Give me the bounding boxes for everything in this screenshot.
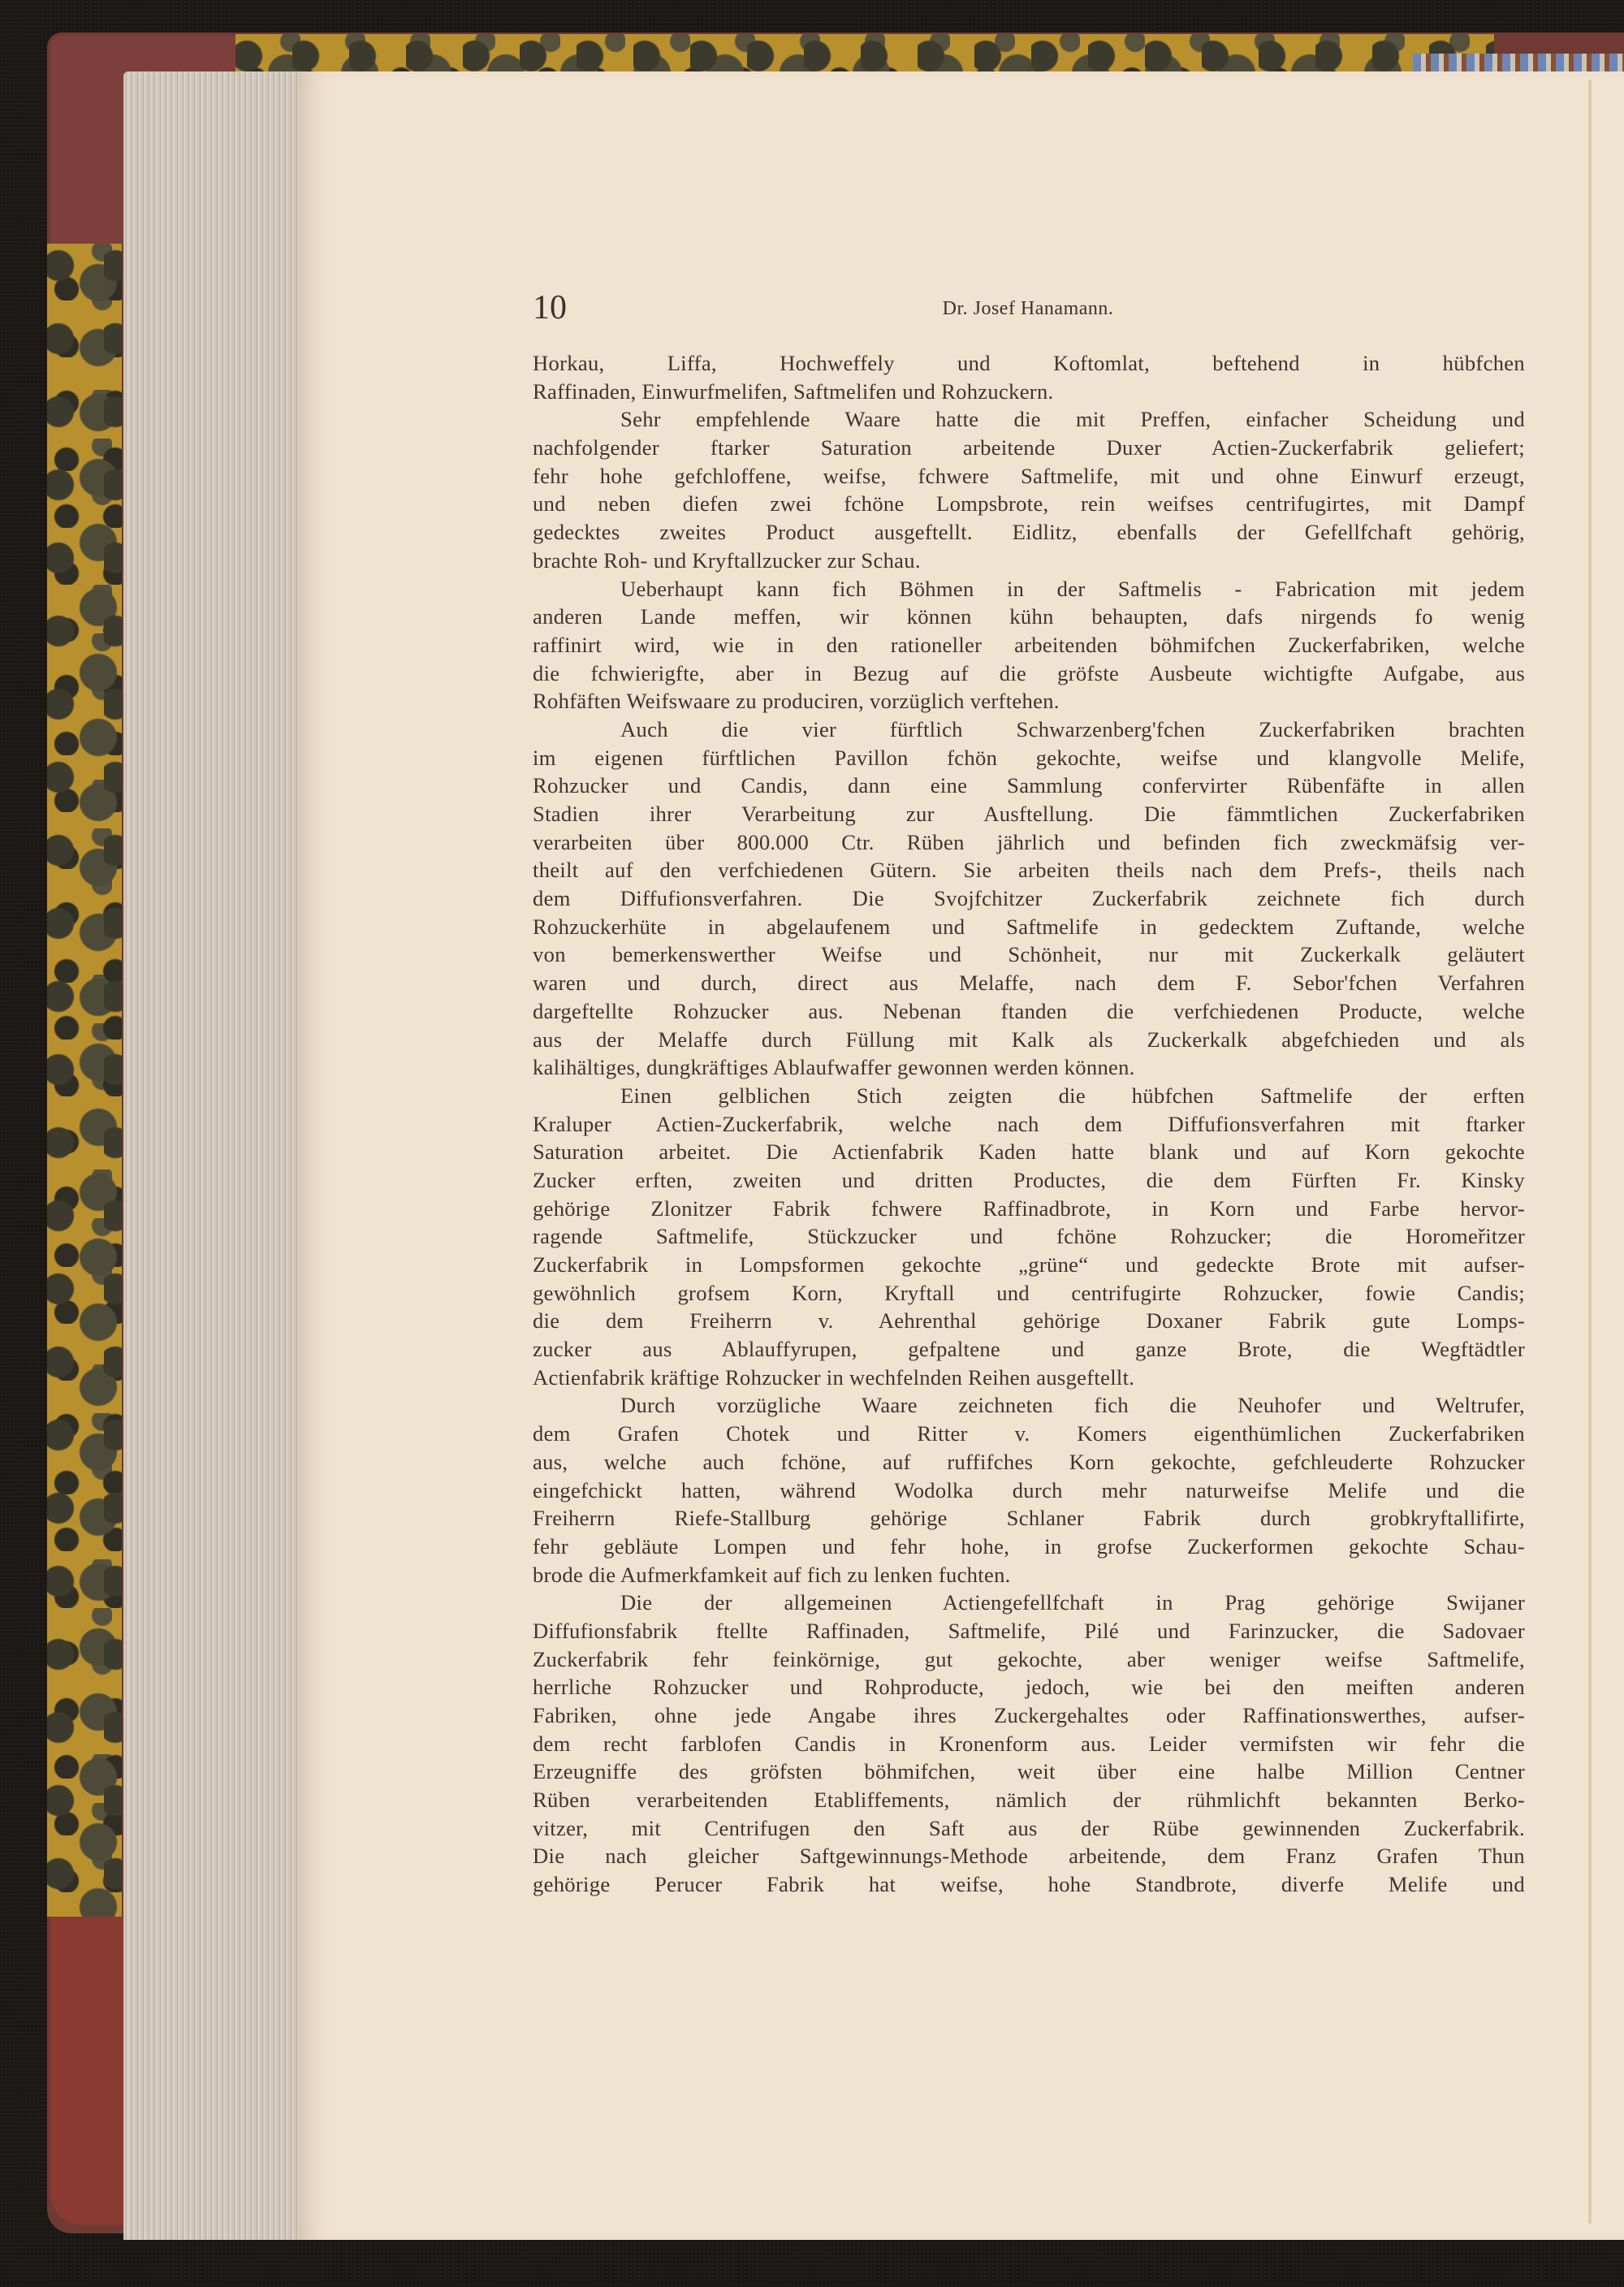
text-line: waren und durch, direct aus Melaffe, nac… [533, 969, 1525, 997]
text-line: eingefchickt hatten, während Wodolka dur… [533, 1476, 1525, 1505]
text-line: dem Grafen Chotek und Ritter v. Komers e… [533, 1420, 1525, 1448]
paragraph: Einen gelblichen Stich zeigten die hübfc… [533, 1082, 1525, 1392]
text-line: gehörige Perucer Fabrik hat weifse, hohe… [533, 1870, 1525, 1899]
text-line: kalihältiges, dungkräftiges Ablaufwaffer… [533, 1053, 1525, 1082]
text-line: dem recht farblofen Candis in Kronenform… [533, 1730, 1525, 1758]
text-line: Fabriken, ohne jede Angabe ihres Zuckerg… [533, 1701, 1525, 1730]
text-line: theilt auf den verfchiedenen Gütern. Sie… [533, 856, 1525, 884]
body-text: Horkau, Liffa, Hochweffely und Koftomlat… [533, 349, 1525, 1899]
text-line: Durch vorzügliche Waare zeichneten fich … [533, 1391, 1525, 1420]
text-line: Rohzuckerhüte in abgelaufenem und Saftme… [533, 913, 1525, 941]
text-line: Stadien ihrer Verarbeitung zur Ausftellu… [533, 800, 1525, 828]
text-line: gedecktes zweites Product ausgeftellt. E… [533, 518, 1525, 547]
text-line: im eigenen fürftlichen Pavillon fchön ge… [533, 744, 1525, 772]
text-line: fehr gebläute Lompen und fehr hohe, in g… [533, 1533, 1525, 1561]
text-line: Actienfabrik kräftige Rohzucker in wechf… [533, 1364, 1525, 1392]
paragraph: Die der allgemeinen Actiengefellfchaft i… [533, 1589, 1525, 1899]
text-line: dargeftellte Rohzucker aus. Nebenan ftan… [533, 997, 1525, 1026]
text-line: Kraluper Actien-Zuckerfabrik, welche nac… [533, 1110, 1525, 1139]
text-line: Horkau, Liffa, Hochweffely und Koftomlat… [533, 349, 1525, 378]
page-fold [1588, 80, 1592, 2224]
text-line: dem Diffufionsverfahren. Die Svojfchitze… [533, 884, 1525, 913]
text-line: Rüben verarbeitenden Etabliffements, näm… [533, 1786, 1525, 1814]
text-line: Zuckerfabrik fehr feinkörnige, gut gekoc… [533, 1645, 1525, 1674]
paragraph: Sehr empfehlende Waare hatte die mit Pre… [533, 405, 1525, 574]
text-line: Erzeugniffe des gröfsten böhmifchen, wei… [533, 1757, 1525, 1786]
text-line: die dem Freiherrn v. Aehrenthal gehörige… [533, 1307, 1525, 1335]
text-line: Einen gelblichen Stich zeigten die hübfc… [533, 1082, 1525, 1110]
text-line: Rohfäften Weifswaare zu produciren, vorz… [533, 687, 1525, 715]
text-line: Saturation arbeitet. Die Actienfabrik Ka… [533, 1138, 1525, 1166]
page-edges [123, 71, 299, 2240]
text-line: Zuckerfabrik in Lompsformen gekochte „gr… [533, 1251, 1525, 1279]
text-line: Zucker erften, zweiten und dritten Produ… [533, 1166, 1525, 1195]
text-line: herrliche Rohzucker und Rohproducte, jed… [533, 1673, 1525, 1701]
text-line: Diffufionsfabrik ftellte Raffinaden, Saf… [533, 1617, 1525, 1645]
text-line: zucker aus Ablauffyrupen, gefpaltene und… [533, 1335, 1525, 1364]
text-line: die fchwierigfte, aber in Bezug auf die … [533, 659, 1525, 688]
marbled-board-top [235, 34, 1494, 75]
text-line: und neben diefen zwei fchöne Lompsbrote,… [533, 490, 1525, 518]
text-line: fehr hohe gefchloffene, weifse, fchwere … [533, 462, 1525, 491]
text-line: gewöhnlich grofsem Korn, Kryftall und ce… [533, 1279, 1525, 1308]
text-line: Sehr empfehlende Waare hatte die mit Pre… [533, 405, 1525, 434]
text-line: verarbeiten über 800.000 Ctr. Rüben jähr… [533, 828, 1525, 857]
text-line: aus, welche auch fchöne, auf ruffifches … [533, 1448, 1525, 1476]
text-line: Die der allgemeinen Actiengefellfchaft i… [533, 1589, 1525, 1617]
text-line: ragende Saftmelife, Stückzucker und fchö… [533, 1222, 1525, 1251]
paragraph: Horkau, Liffa, Hochweffely und Koftomlat… [533, 349, 1525, 405]
text-line: Freiherrn Riefe-Stallburg gehörige Schla… [533, 1504, 1525, 1533]
leather-corner-bottom [50, 1917, 123, 2225]
text-line: aus der Melaffe durch Füllung mit Kalk a… [533, 1026, 1525, 1054]
text-line: von bemerkenswerther Weifse und Schönhei… [533, 940, 1525, 969]
text-line: raffinirt wird, wie in den rationeller a… [533, 631, 1525, 659]
text-line: Rohzucker und Candis, dann eine Sammlung… [533, 772, 1525, 800]
paragraph: Ueberhaupt kann fich Böhmen in der Saftm… [533, 575, 1525, 715]
text-line: vitzer, mit Centrifugen den Saft aus der… [533, 1814, 1525, 1843]
paragraph: Durch vorzügliche Waare zeichneten fich … [533, 1391, 1525, 1589]
running-head: Dr. Josef Hanamann. [533, 298, 1523, 320]
text-line: nachfolgender ftarker Saturation arbeite… [533, 434, 1525, 462]
text-line: gehörige Zlonitzer Fabrik fchwere Raffin… [533, 1195, 1525, 1223]
text-line: Ueberhaupt kann fich Böhmen in der Saftm… [533, 575, 1525, 603]
marbled-board-left [47, 244, 122, 1917]
text-line: anderen Lande meffen, wir können kühn be… [533, 603, 1525, 631]
text-line: Die nach gleicher Saftgewinnungs-Methode… [533, 1842, 1525, 1870]
text-line: Raffinaden, Einwurfmelifen, Saftmelifen … [533, 378, 1525, 406]
text-line: brachte Roh- und Kryftallzucker zur Scha… [533, 547, 1525, 575]
page-header: 10 Dr. Josef Hanamann. [533, 288, 1523, 337]
text-line: brode die Aufmerkfamkeit auf fich zu len… [533, 1561, 1525, 1589]
paragraph: Auch die vier fürftlich Schwarzenberg'fc… [533, 715, 1525, 1082]
text-line: Auch die vier fürftlich Schwarzenberg'fc… [533, 715, 1525, 744]
